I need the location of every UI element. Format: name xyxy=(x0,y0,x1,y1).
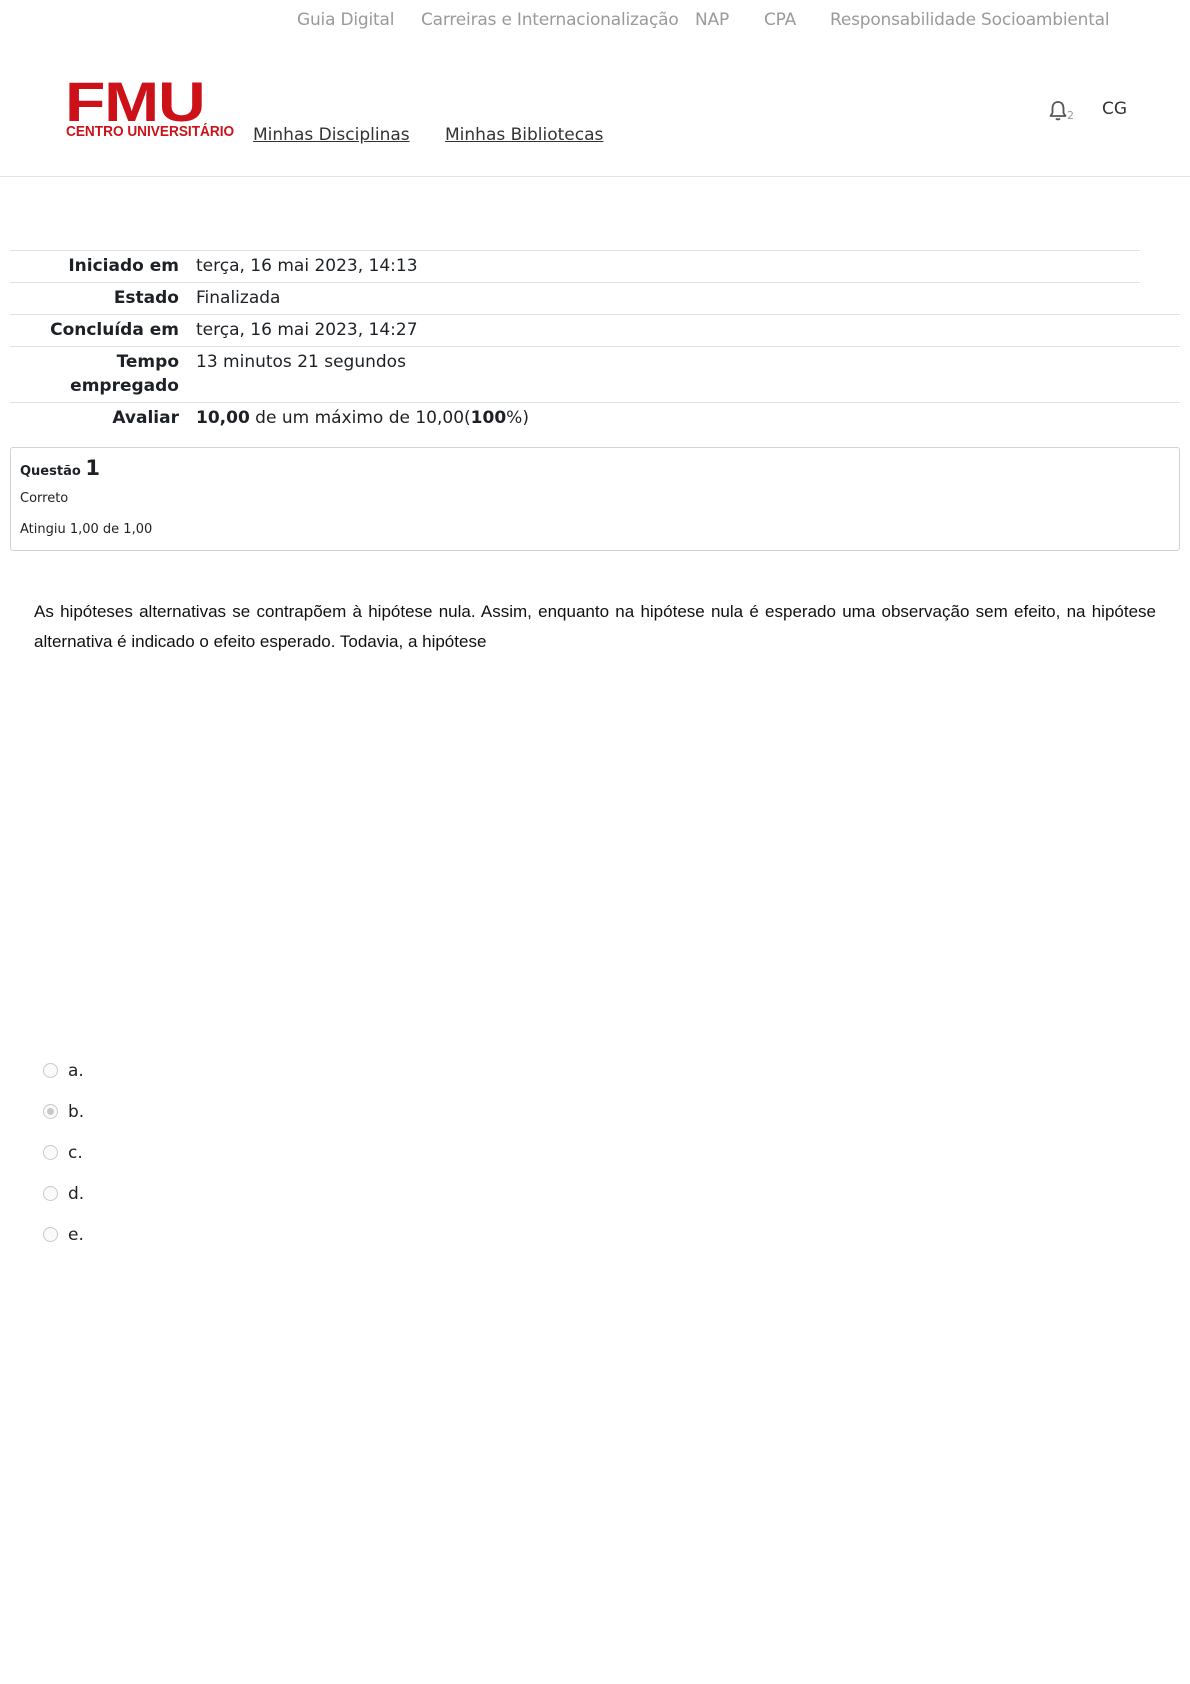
site-header: FMU CENTRO UNIVERSITÁRIO Minhas Discipli… xyxy=(0,60,1190,177)
summary-value: terça, 16 mai 2023, 14:13 xyxy=(179,251,418,282)
question-grade: Atingiu 1,00 de 1,00 xyxy=(20,522,152,537)
answer-option-d[interactable]: d. xyxy=(43,1183,84,1224)
answer-option-b[interactable]: b. xyxy=(43,1101,84,1142)
option-letter: b. xyxy=(68,1101,84,1123)
summary-value: terça, 16 mai 2023, 14:27 xyxy=(179,315,418,346)
top-nav-guia-digital[interactable]: Guia Digital xyxy=(297,10,394,30)
summary-label: Concluída em xyxy=(10,315,179,346)
summary-value: Finalizada xyxy=(179,283,280,314)
question-text: As hipóteses alternativas se contrapõem … xyxy=(34,597,1156,657)
option-letter: d. xyxy=(68,1183,84,1205)
answer-options: a. b. c. d. e. xyxy=(43,1060,84,1265)
score-percent-suffix: %) xyxy=(506,408,529,428)
summary-label: Avaliar xyxy=(10,403,179,434)
score-percent: 100 xyxy=(471,408,507,428)
summary-row-state: Estado Finalizada xyxy=(10,282,1140,314)
radio-button[interactable] xyxy=(43,1186,58,1201)
summary-label: Tempo empregado xyxy=(10,347,179,402)
radio-button[interactable] xyxy=(43,1227,58,1242)
fmu-logo[interactable]: FMU CENTRO UNIVERSITÁRIO xyxy=(65,80,220,144)
score-max-text: de um máximo de 10,00( xyxy=(250,408,471,428)
radio-button[interactable] xyxy=(43,1063,58,1078)
question-prefix: Questão xyxy=(20,464,81,479)
question-state: Correto xyxy=(20,491,68,506)
summary-row-time-taken: Tempo empregado 13 minutos 21 segundos xyxy=(10,346,1180,402)
radio-button-selected[interactable] xyxy=(43,1104,58,1119)
summary-value: 10,00 de um máximo de 10,00(100%) xyxy=(179,403,529,434)
option-letter: a. xyxy=(68,1060,84,1082)
question-number-value: 1 xyxy=(85,456,100,480)
option-letter: c. xyxy=(68,1142,83,1164)
top-nav-cpa[interactable]: CPA xyxy=(764,10,796,30)
answer-option-a[interactable]: a. xyxy=(43,1060,84,1101)
summary-row-started: Iniciado em terça, 16 mai 2023, 14:13 xyxy=(10,250,1140,282)
summary-value: 13 minutos 21 segundos xyxy=(179,347,406,402)
option-letter: e. xyxy=(68,1224,84,1246)
summary-row-completed: Concluída em terça, 16 mai 2023, 14:27 xyxy=(10,314,1180,346)
score-value: 10,00 xyxy=(196,408,250,428)
logo-subtitle: CENTRO UNIVERSITÁRIO xyxy=(66,124,234,140)
nav-minhas-bibliotecas[interactable]: Minhas Bibliotecas xyxy=(445,125,603,145)
question-number: Questão 1 xyxy=(20,456,100,480)
logo-wordmark: FMU xyxy=(65,74,205,130)
top-navigation: Guia Digital Carreiras e Internacionaliz… xyxy=(0,10,1190,36)
attempt-summary-table: Iniciado em terça, 16 mai 2023, 14:13 Es… xyxy=(10,250,1180,434)
answer-option-c[interactable]: c. xyxy=(43,1142,84,1183)
summary-label: Estado xyxy=(10,283,179,314)
summary-label: Iniciado em xyxy=(10,251,179,282)
top-nav-responsabilidade[interactable]: Responsabilidade Socioambiental xyxy=(830,10,1109,30)
top-nav-nap[interactable]: NAP xyxy=(695,10,729,30)
answer-option-e[interactable]: e. xyxy=(43,1224,84,1265)
user-menu-initials[interactable]: CG xyxy=(1102,99,1127,119)
top-nav-carreiras[interactable]: Carreiras e Internacionalização xyxy=(421,10,679,30)
notification-count: 2 xyxy=(1067,109,1074,122)
question-info-box: Questão 1 Correto Atingiu 1,00 de 1,00 xyxy=(10,447,1180,551)
summary-row-grade: Avaliar 10,00 de um máximo de 10,00(100%… xyxy=(10,402,1180,434)
nav-minhas-disciplinas[interactable]: Minhas Disciplinas xyxy=(253,125,410,145)
radio-button[interactable] xyxy=(43,1145,58,1160)
